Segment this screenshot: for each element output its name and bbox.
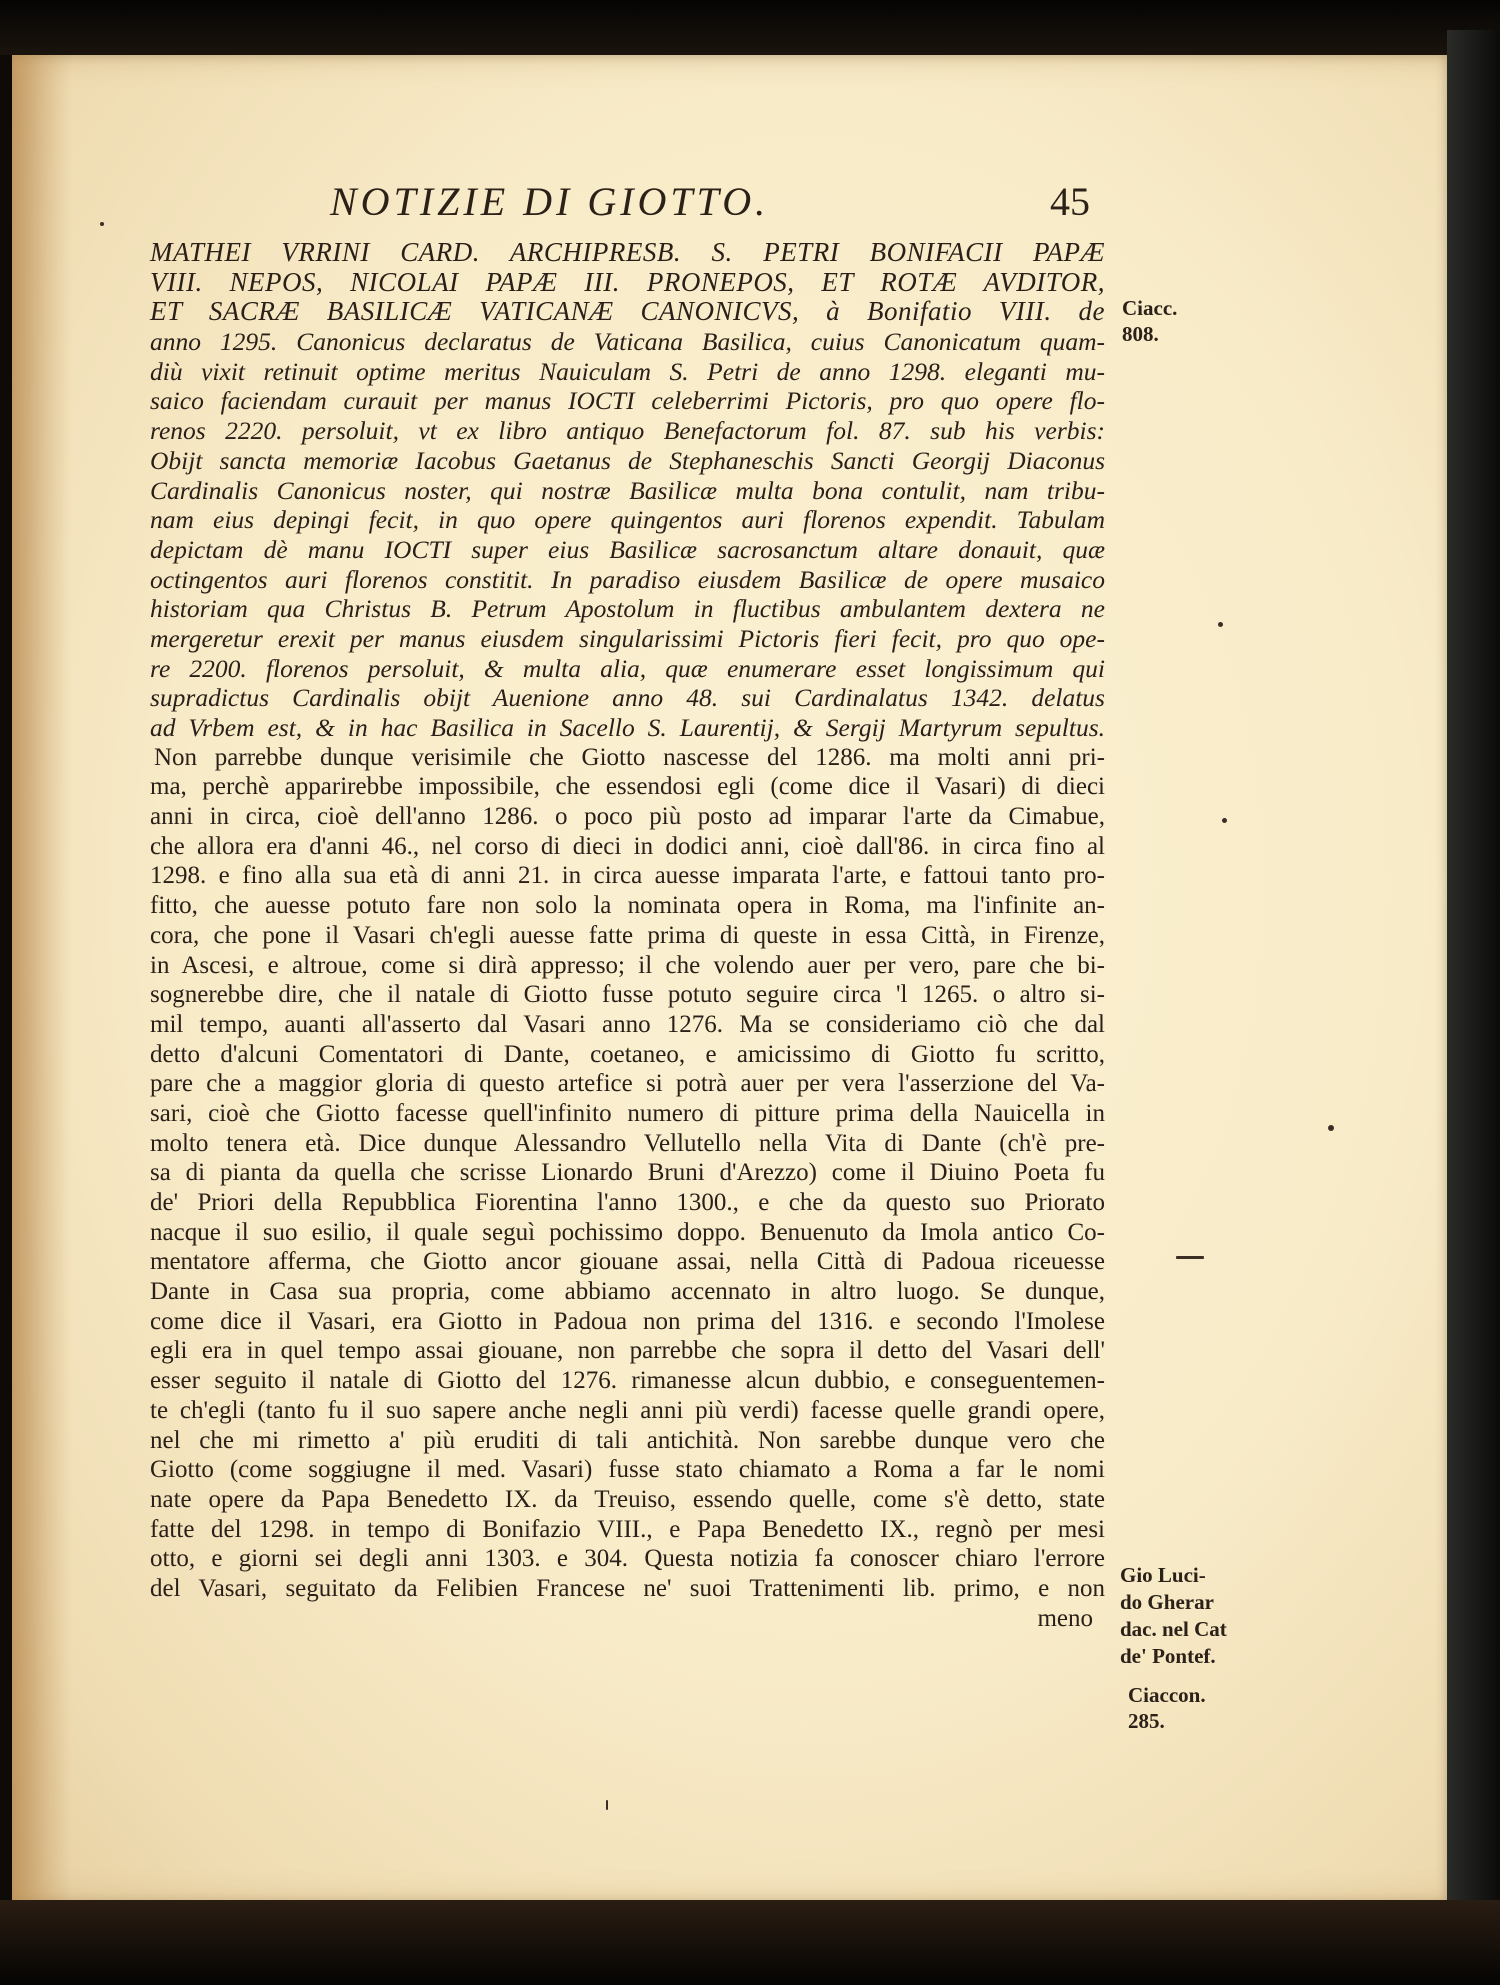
text-line: 1298. e fino alla sua età di anni 21. in…	[150, 861, 1105, 891]
text-line: te ch'egli (tanto fu il suo sapere anche…	[150, 1396, 1105, 1426]
body-text: MATHEI VRRINI CARD. ARCHIPRESB. S. PETRI…	[150, 238, 1105, 1633]
margin-note-line: dac. nel Cat	[1120, 1616, 1227, 1643]
margin-note-gherardacci: Gio Luci- do Gherar dac. nel Cat de' Pon…	[1120, 1562, 1227, 1670]
margin-note-line: 808.	[1122, 321, 1177, 347]
text-line: ad Vrbem est, & in hac Basilica in Sacel…	[150, 713, 1105, 743]
margin-note-line: de' Pontef.	[1120, 1643, 1227, 1670]
text-line: sa di pianta da quella che scrisse Liona…	[150, 1158, 1105, 1188]
text-line: saico faciendam curauit per manus IOCTI …	[150, 386, 1105, 416]
margin-note-line: Gio Luci-	[1120, 1562, 1227, 1589]
text-line: Obijt sancta memoriæ Iacobus Gaetanus de…	[150, 446, 1105, 476]
margin-note-line: Ciaccon.	[1128, 1682, 1206, 1708]
text-line: nate opere da Papa Benedetto IX. da Treu…	[150, 1485, 1105, 1515]
text-line: mil tempo, auanti all'asserto dal Vasari…	[150, 1010, 1105, 1040]
text-line: esser seguito il natale di Giotto del 12…	[150, 1366, 1105, 1396]
text-line: ma, perchè apparirebbe impossibile, che …	[150, 772, 1105, 802]
paper-speck	[1222, 818, 1227, 823]
text-line: ET SACRÆ BASILICÆ VATICANÆ CANONICVS, à …	[150, 297, 1105, 327]
margin-note-ciaccon: Ciaccon. 285.	[1128, 1682, 1206, 1734]
text-line: mergeretur erexit per manus eiusdem sing…	[150, 624, 1105, 654]
page-number: 45	[1050, 178, 1090, 225]
scan-right-border	[1447, 30, 1500, 1920]
margin-note-line: Ciacc.	[1122, 295, 1177, 321]
text-line: nel che mi rimetto a' più eruditi di tal…	[150, 1426, 1105, 1456]
scan-top-border	[0, 0, 1500, 55]
text-line: octingentos auri florenos constitit. In …	[150, 565, 1105, 595]
text-line: nacque il suo esilio, il quale seguì poc…	[150, 1218, 1105, 1248]
scan-bottom-border	[0, 1900, 1500, 1985]
text-line: anno 1295. Canonicus declaratus de Vatic…	[150, 327, 1105, 357]
text-line: mentatore afferma, che Giotto ancor giou…	[150, 1247, 1105, 1277]
text-line: fitto, che auesse potuto fare non solo l…	[150, 891, 1105, 921]
text-line: come dice il Vasari, era Giotto in Padou…	[150, 1307, 1105, 1337]
page-gutter-shadow	[12, 55, 72, 1903]
text-line: cora, che pone il Vasari ch'egli auesse …	[150, 921, 1105, 951]
text-line: Non parrebbe dunque verisimile che Giott…	[150, 743, 1105, 773]
running-head: NOTIZIE DI GIOTTO.	[330, 178, 1050, 228]
text-line: otto, e giorni sei degli anni 1303. e 30…	[150, 1544, 1105, 1574]
margin-note-line: 285.	[1128, 1708, 1206, 1734]
text-line: historiam qua Christus B. Petrum Apostol…	[150, 594, 1105, 624]
text-line: VIII. NEPOS, NICOLAI PAPÆ III. PRONEPOS,…	[150, 268, 1105, 298]
text-line: Cardinalis Canonicus noster, qui nostræ …	[150, 476, 1105, 506]
text-line: in Ascesi, e altroue, come si dirà appre…	[150, 951, 1105, 981]
text-line: supradictus Cardinalis obijt Auenione an…	[150, 683, 1105, 713]
text-line: anni in circa, cioè dell'anno 1286. o po…	[150, 802, 1105, 832]
text-line: nam eius depingi fecit, in quo opere qui…	[150, 505, 1105, 535]
text-line: fatte del 1298. in tempo di Bonifazio VI…	[150, 1515, 1105, 1545]
paper-speck	[606, 1800, 608, 1810]
text-line: molto tenera età. Dice dunque Alessandro…	[150, 1129, 1105, 1159]
italian-paragraph: Non parrebbe dunque verisimile che Giott…	[150, 743, 1105, 1634]
paper-speck	[1218, 622, 1223, 627]
text-line: diù vixit retinuit optime meritus Nauicu…	[150, 357, 1105, 387]
text-line: MATHEI VRRINI CARD. ARCHIPRESB. S. PETRI…	[150, 238, 1105, 268]
margin-note-ciacc: Ciacc. 808.	[1122, 295, 1177, 347]
text-line: egli era in quel tempo assai giouane, no…	[150, 1336, 1105, 1366]
catchword: meno	[150, 1604, 1105, 1634]
paper-speck	[1328, 1125, 1334, 1131]
text-line: Giotto (come soggiugne il med. Vasari) f…	[150, 1455, 1105, 1485]
paper-speck	[100, 222, 104, 226]
text-line: re 2200. florenos persoluit, & multa ali…	[150, 654, 1105, 684]
text-line: sari, cioè che Giotto facesse quell'infi…	[150, 1099, 1105, 1129]
margin-note-line: do Gherar	[1120, 1589, 1227, 1616]
text-line: del Vasari, seguitato da Felibien France…	[150, 1574, 1105, 1604]
text-line: de' Priori della Repubblica Fiorentina l…	[150, 1188, 1105, 1218]
text-line: sognerebbe dire, che il natale di Giotto…	[150, 980, 1105, 1010]
text-line: che allora era d'anni 46., nel corso di …	[150, 832, 1105, 862]
text-line: pare che a maggior gloria di questo arte…	[150, 1069, 1105, 1099]
text-line: Dante in Casa sua propria, come abbiamo …	[150, 1277, 1105, 1307]
text-line: renos 2220. persoluit, vt ex libro antiq…	[150, 416, 1105, 446]
paper-mark	[1176, 1256, 1204, 1259]
latin-quotation-block: MATHEI VRRINI CARD. ARCHIPRESB. S. PETRI…	[150, 238, 1105, 743]
text-line: depictam dè manu IOCTI super eius Basili…	[150, 535, 1105, 565]
text-line: detto d'alcuni Comentatori di Dante, coe…	[150, 1040, 1105, 1070]
